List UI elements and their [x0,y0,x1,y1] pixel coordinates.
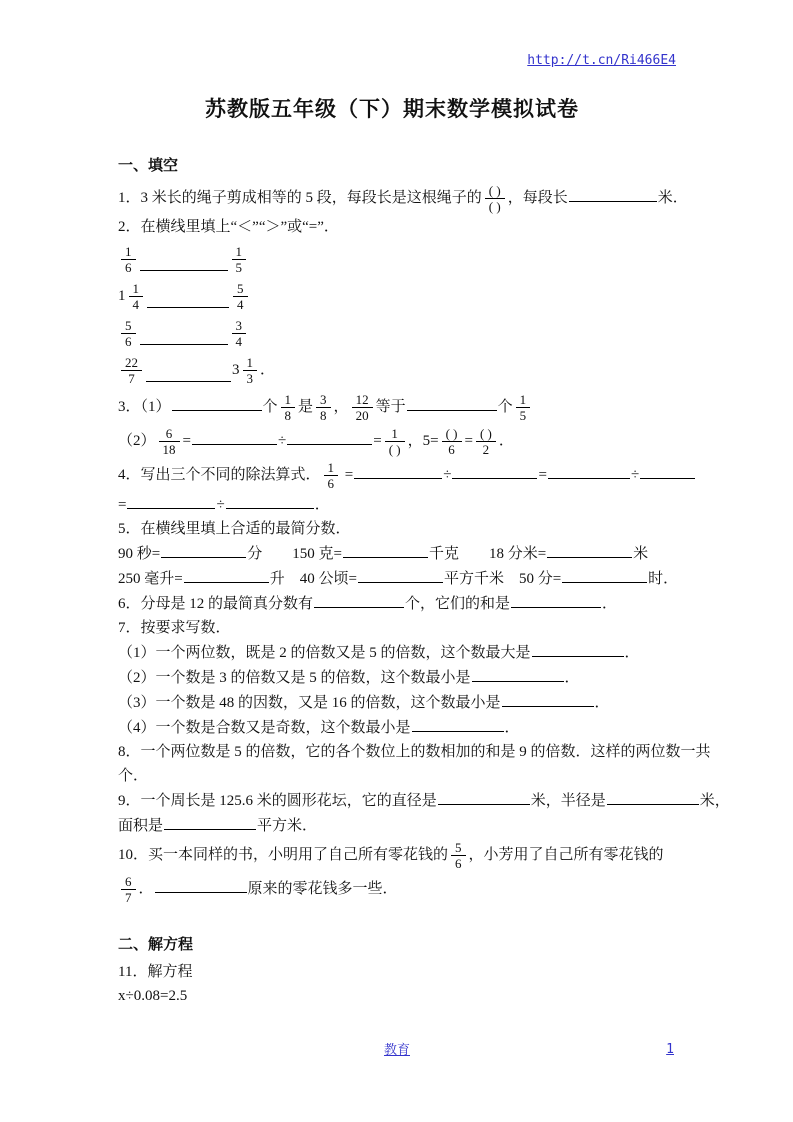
question-4-line-2: =÷． [118,494,676,516]
text-run: 90 秒= [118,546,160,562]
blank-line [146,367,231,382]
text-run: 分 150 克= [247,546,342,562]
fraction: 1220 [352,392,373,423]
fraction-numerator: ( ) [485,183,505,199]
fraction-denominator: 8 [316,408,331,423]
fraction-numerator: ( ) [476,426,496,442]
fraction: 13 [243,355,258,386]
text-run: ． [625,645,640,661]
fraction: ( )2 [476,426,496,457]
question-9-line-1: 9．一个周长是 125.6 米的圆形花坛，它的直径是米，半径是米， [118,790,676,812]
blank-line [511,593,601,608]
question-7-part-2: （2）一个数是 3 的倍数又是 5 的倍数，这个数最小是． [118,667,676,689]
text-run: ，5= [408,433,439,449]
text-run: 是 [298,399,313,415]
text-run: ÷ [443,467,451,483]
text-run: 等于 [376,399,406,415]
text-run: 米． [658,190,688,206]
text-run: ，小芳用了自己所有零花钱的 [469,847,664,863]
fraction-denominator: 6 [121,260,136,275]
question-7: 7．按要求写数． [118,618,676,639]
text-run: （1）一个两位数，既是 2 的倍数又是 5 的倍数，这个数最大是 [118,645,531,661]
text-run: 个． [118,768,148,784]
header-url-link[interactable]: http://t.cn/Ri466E4 [527,53,676,68]
fraction-numerator: 1 [129,281,144,297]
text-run: 米 [633,546,648,562]
text-run: ． [505,720,520,736]
text-run: 1 [118,288,126,304]
text-run: 250 毫升= [118,571,183,587]
text-run: （2）一个数是 3 的倍数又是 5 的倍数，这个数最小是 [118,670,471,686]
page-footer: 教育 1 [118,1042,676,1059]
text-run: 米， [700,793,730,809]
text-run: （2） [118,433,156,449]
text-run: 11．解方程 [118,964,192,980]
question-10-line-2: 67．原来的零花钱多一些． [118,874,676,905]
blank-line [192,430,277,445]
fraction-denominator: 8 [281,408,296,423]
fraction: 18 [281,392,296,423]
fraction-numerator: 3 [232,318,247,334]
text-run: （4）一个数是合数又是奇数，这个数最小是 [118,720,411,736]
footer-page-number[interactable]: 1 [666,1042,674,1058]
fraction: 1( ) [385,426,405,457]
text-run: 6．分母是 12 的最简真分数有 [118,596,313,612]
fraction: 38 [316,392,331,423]
fraction-numerator: ( ) [442,426,462,442]
fraction-numerator: 22 [121,355,142,371]
blank-line [438,790,530,805]
fraction-numerator: 5 [121,318,136,334]
question-7-part-4: （4）一个数是合数又是奇数，这个数最小是． [118,717,676,739]
blank-line [562,568,647,583]
text-run: 4．写出三个不同的除法算式． [118,467,321,483]
text-run: ， [334,399,349,415]
fraction: ( )6 [442,426,462,457]
text-run: ． [260,362,275,378]
text-run: （3）一个数是 48 的因数，又是 16 的倍数，这个数最小是 [118,695,501,711]
fraction: 56 [121,318,136,349]
text-run: 原来的零花钱多一些． [248,881,398,897]
fraction-numerator: 1 [281,392,296,408]
fraction: 14 [129,281,144,312]
text-run: 一、填空 [118,158,178,174]
blank-line [452,464,537,479]
footer-edu-link[interactable]: 教育 [384,1043,410,1058]
blank-line [287,430,372,445]
text-run: ÷ [278,433,286,449]
fraction-numerator: 5 [233,281,248,297]
text-run: = [183,433,191,449]
blank-line [607,790,699,805]
blank-line [314,593,404,608]
fraction-numerator: 3 [316,392,331,408]
fraction-numerator: 1 [516,392,531,408]
question-3-part-1: 3．（1）个18是38，1220等于个15 [118,392,676,423]
fraction-numerator: 1 [121,244,136,260]
text-run: 个 [498,399,513,415]
blank-line [407,396,497,411]
text-run: = [538,467,546,483]
text-run: 二、解方程 [118,937,193,953]
blank-line [569,187,657,202]
header-link-row: http://t.cn/Ri466E4 [118,52,676,69]
text-run: 8．一个两位数是 5 的倍数，它的各个数位上的数相加的和是 9 的倍数．这样的两… [118,744,711,760]
fraction: 16 [121,244,136,275]
blank-line [548,464,630,479]
question-1: 1．3 米长的绳子剪成相等的 5 段，每段长是这根绳子的( )( )，每段长米． [118,183,676,214]
question-2-row-4: 227313． [118,355,676,386]
fraction-denominator: 3 [243,371,258,386]
text-run: 10．买一本同样的书，小明用了自己所有零花钱的 [118,847,448,863]
blank-line [226,494,314,509]
question-5-row-1: 90 秒=分 150 克=千克 18 分米=米 [118,543,676,565]
blank-line [172,396,262,411]
fraction-numerator: 6 [159,426,180,442]
fraction-numerator: 5 [451,840,466,856]
fraction-denominator: 7 [121,890,136,905]
text-run: ，每段长 [508,190,568,206]
fraction-denominator: ( ) [385,442,405,457]
blank-line [412,717,504,732]
footer-center: 教育 [118,1042,676,1059]
text-run: = [341,467,353,483]
fraction-denominator: 4 [232,334,247,349]
fraction: 15 [232,244,247,275]
question-6: 6．分母是 12 的最简真分数有个，它们的和是． [118,593,676,615]
blank-line [502,692,594,707]
fraction: 34 [232,318,247,349]
blank-line [164,815,256,830]
fraction: 15 [516,392,531,423]
text-run: ． [565,670,580,686]
blank-line [161,543,246,558]
question-10-line-1: 10．买一本同样的书，小明用了自己所有零花钱的56，小芳用了自己所有零花钱的 [118,840,676,871]
fraction: 227 [121,355,142,386]
fraction-numerator: 1 [385,426,405,442]
blank-line [640,464,695,479]
document-body: 一、填空1．3 米长的绳子剪成相等的 5 段，每段长是这根绳子的( )( )，每… [118,156,676,1007]
fraction-numerator: 1 [232,244,247,260]
text-run: 5．在横线里填上合适的最简分数． [118,521,351,537]
fraction: 67 [121,874,136,905]
text-run: 时． [648,571,678,587]
text-run: = [465,433,473,449]
text-run: 升 40 公顷= [270,571,357,587]
text-run: 7．按要求写数． [118,620,231,636]
question-7-part-1: （1）一个两位数，既是 2 的倍数又是 5 的倍数，这个数最大是． [118,642,676,664]
blank-line [127,494,215,509]
question-9-line-2: 面积是平方米． [118,815,676,837]
fraction-denominator: 6 [442,442,462,457]
blank-line [155,878,247,893]
fraction-denominator: 6 [121,334,136,349]
text-run: ． [315,497,330,513]
fraction-denominator: 20 [352,408,373,423]
text-run: ÷ [631,467,639,483]
text-run: 3 [232,362,240,378]
text-run: 9．一个周长是 125.6 米的圆形花坛，它的直径是 [118,793,437,809]
fraction: 618 [159,426,180,457]
blank-line [547,543,632,558]
fraction-denominator: 6 [324,476,339,491]
fraction-denominator: 4 [233,297,248,312]
text-run: 3．（1） [118,399,171,415]
text-run: 千克 18 分米= [429,546,546,562]
section-2-heading: 二、解方程 [118,935,676,956]
text-run: 米，半径是 [531,793,606,809]
question-11: 11．解方程 [118,962,676,983]
fraction-numerator: 6 [121,874,136,890]
fraction-denominator: 18 [159,442,180,457]
question-2: 2．在横线里填上“＜”“＞”或“=”． [118,217,676,238]
question-7-part-3: （3）一个数是 48 的因数，又是 16 的倍数，这个数最小是． [118,692,676,714]
fraction: 56 [451,840,466,871]
question-5-row-2: 250 毫升=升 40 公顷=平方千米 50 分=时． [118,568,676,590]
text-run: 1．3 米长的绳子剪成相等的 5 段，每段长是这根绳子的 [118,190,482,206]
fraction-denominator: 7 [121,371,142,386]
blank-line [532,642,624,657]
text-run: = [373,433,381,449]
text-run: ． [595,695,610,711]
question-2-row-3: 5634 [118,318,676,349]
fraction: ( )( ) [485,183,505,214]
fraction-numerator: 12 [352,392,373,408]
fraction-denominator: 5 [232,260,247,275]
question-8-line-2: 个． [118,766,676,787]
text-run: ÷ [216,497,224,513]
fraction-numerator: 1 [243,355,258,371]
fraction: 54 [233,281,248,312]
question-11-equation: x÷0.08=2.5 [118,986,676,1007]
text-run: ． [139,881,154,897]
text-run: 2．在横线里填上“＜”“＞”或“=”． [118,219,339,235]
question-2-row-1: 1615 [118,244,676,275]
fraction-numerator: 1 [324,460,339,476]
blank-line [147,293,229,308]
blank-line [140,330,228,345]
text-run: ． [499,433,514,449]
text-run: 面积是 [118,818,163,834]
blank-line [140,256,228,271]
fraction-denominator: 4 [129,297,144,312]
blank-line [354,464,442,479]
text-run: 平方千米 50 分= [444,571,561,587]
blank-line [343,543,428,558]
text-run: ． [602,596,617,612]
question-8-line-1: 8．一个两位数是 5 的倍数，它的各个数位上的数相加的和是 9 的倍数．这样的两… [118,742,676,763]
text-run: = [118,497,126,513]
blank-line [472,667,564,682]
question-4-line-1: 4．写出三个不同的除法算式．16 =÷=÷ [118,460,676,491]
fraction-denominator: 5 [516,408,531,423]
text-run: 个 [263,399,278,415]
blank-line [358,568,443,583]
text-run: 平方米． [257,818,317,834]
fraction-denominator: 2 [476,442,496,457]
fraction: 16 [324,460,339,491]
text-run: 个，它们的和是 [405,596,510,612]
exam-document-page: http://t.cn/Ri466E4 苏教版五年级（下）期末数学模拟试卷 一、… [0,0,793,1122]
page-title: 苏教版五年级（下）期末数学模拟试卷 [118,95,666,123]
question-5: 5．在横线里填上合适的最简分数． [118,519,676,540]
text-run: x÷0.08=2.5 [118,988,187,1004]
section-1-heading: 一、填空 [118,156,676,177]
question-2-row-2: 11454 [118,281,676,312]
fraction-denominator: 6 [451,856,466,871]
fraction-denominator: ( ) [485,199,505,214]
question-3-part-2: （2）618=÷=1( )，5=( )6=( )2． [118,426,676,457]
blank-line [184,568,269,583]
